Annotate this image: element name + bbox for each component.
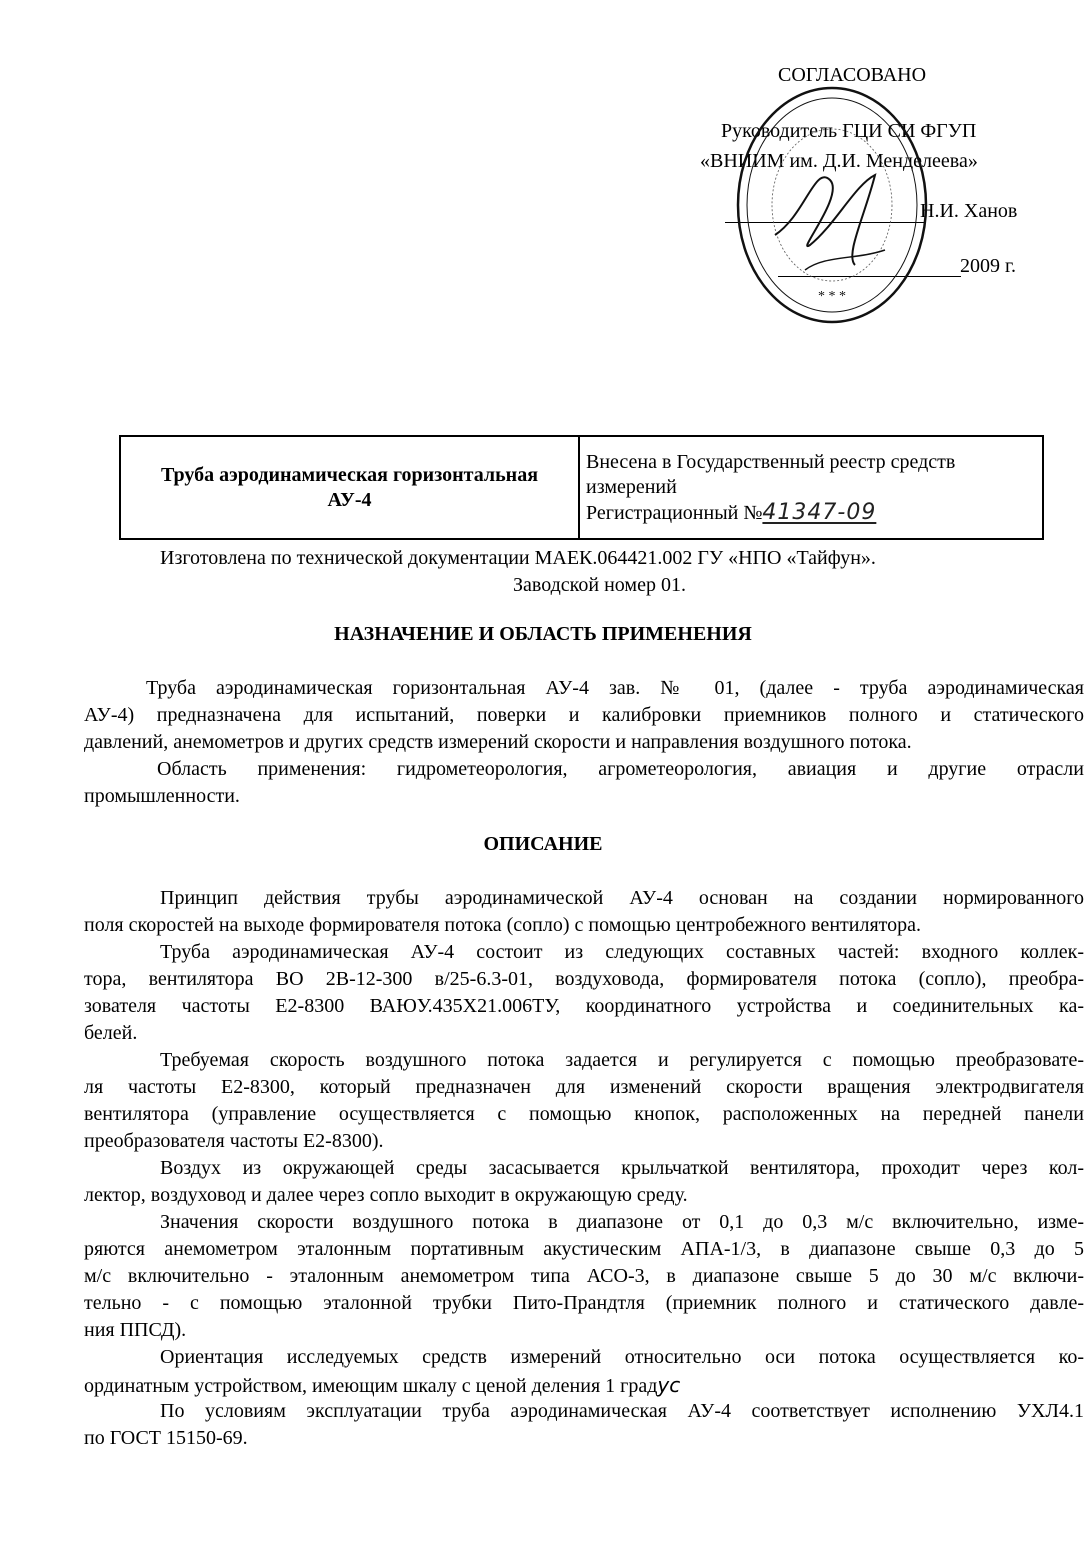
device-model: АУ-4: [127, 488, 572, 513]
paragraph-line: Требуемая скорость воздушного потока зад…: [160, 1049, 1084, 1072]
paragraph-line: преобразователя частоты Е2-8300).: [84, 1130, 1084, 1153]
paragraph-text: ординатным устройством, имеющим шкалу с …: [84, 1375, 657, 1397]
paragraph-line: Ориентация исследуемых средств измерений…: [160, 1346, 1084, 1369]
section-title-purpose: НАЗНАЧЕНИЕ И ОБЛАСТЬ ПРИМЕНЕНИЯ: [0, 623, 1086, 646]
registry-line-1: Внесена в Государственный реестр средств: [586, 450, 1036, 475]
paragraph-line: давлений, анемометров и других средств и…: [84, 731, 1084, 754]
device-name: Труба аэродинамическая горизонтальная: [127, 463, 572, 488]
registration-number: 41347-09: [762, 500, 876, 525]
approval-heading: СОГЛАСОВАНО: [778, 64, 926, 87]
paragraph-line: тора, вентилятора ВО 2В-12-300 в/25-6.3-…: [84, 968, 1084, 991]
section-title-description: ОПИСАНИЕ: [0, 833, 1086, 856]
paragraph-line: тельно - с помощью эталонной трубки Пито…: [84, 1292, 1084, 1315]
paragraph-line: ряются анемометром эталонным портативным…: [84, 1238, 1084, 1261]
paragraph-line: по ГОСТ 15150-69.: [84, 1427, 1084, 1450]
paragraph-line: ординатным устройством, имеющим шкалу с …: [84, 1373, 1084, 1398]
paragraph-line: поля скоростей на выходе формирователя п…: [84, 914, 1084, 937]
registry-line-2: измерений: [586, 475, 1036, 500]
paragraph-line: Принцип действия трубы аэродинамической …: [160, 887, 1084, 910]
paragraph-line: Труба аэродинамическая горизонтальная АУ…: [146, 677, 1084, 700]
approval-year: 2009 г.: [960, 255, 1016, 278]
device-name-cell: Труба аэродинамическая горизонтальная АУ…: [120, 436, 579, 539]
official-stamp-icon: * * *: [735, 85, 930, 325]
registration-label: Регистрационный №: [586, 502, 762, 524]
paragraph-line: лектор, воздуховод и далее через сопло в…: [84, 1184, 1084, 1207]
serial-number: Заводской номер 01.: [513, 574, 686, 597]
paragraph-line: м/с включительно - эталонным анемометром…: [84, 1265, 1084, 1288]
paragraph-line: ния ППСД).: [84, 1319, 1084, 1342]
svg-text:* * *: * * *: [818, 289, 846, 304]
approval-signatory: Н.И. Ханов: [920, 200, 1017, 223]
paragraph-line: Область применения: гидрометеорология, а…: [157, 758, 1084, 781]
paragraph-line: белей.: [84, 1022, 1084, 1045]
paragraph-line: ля частоты Е2-8300, который предназначен…: [84, 1076, 1084, 1099]
paragraph-line: Значения скорости воздушного потока в ди…: [160, 1211, 1084, 1234]
handwritten-suffix: ус: [657, 1373, 680, 1397]
registration-table: Труба аэродинамическая горизонтальная АУ…: [119, 435, 1044, 540]
registry-info-cell: Внесена в Государственный реестр средств…: [579, 436, 1043, 539]
paragraph-line: Труба аэродинамическая АУ-4 состоит из с…: [160, 941, 1084, 964]
paragraph-line: зователя частоты Е2-8300 ВАЮУ.435Х21.006…: [84, 995, 1084, 1018]
paragraph-line: промышленности.: [84, 785, 1084, 808]
paragraph-line: Воздух из окружающей среды засасывается …: [160, 1157, 1084, 1180]
paragraph-line: вентилятора (управление осуществляется с…: [84, 1103, 1084, 1126]
paragraph-line: АУ-4) предназначена для испытаний, повер…: [84, 704, 1084, 727]
manufacture-docs: Изготовлена по технической документации …: [160, 547, 876, 570]
paragraph-line: По условиям эксплуатации труба аэродинам…: [160, 1400, 1084, 1423]
registry-line-3: Регистрационный №41347-09: [586, 500, 1036, 526]
